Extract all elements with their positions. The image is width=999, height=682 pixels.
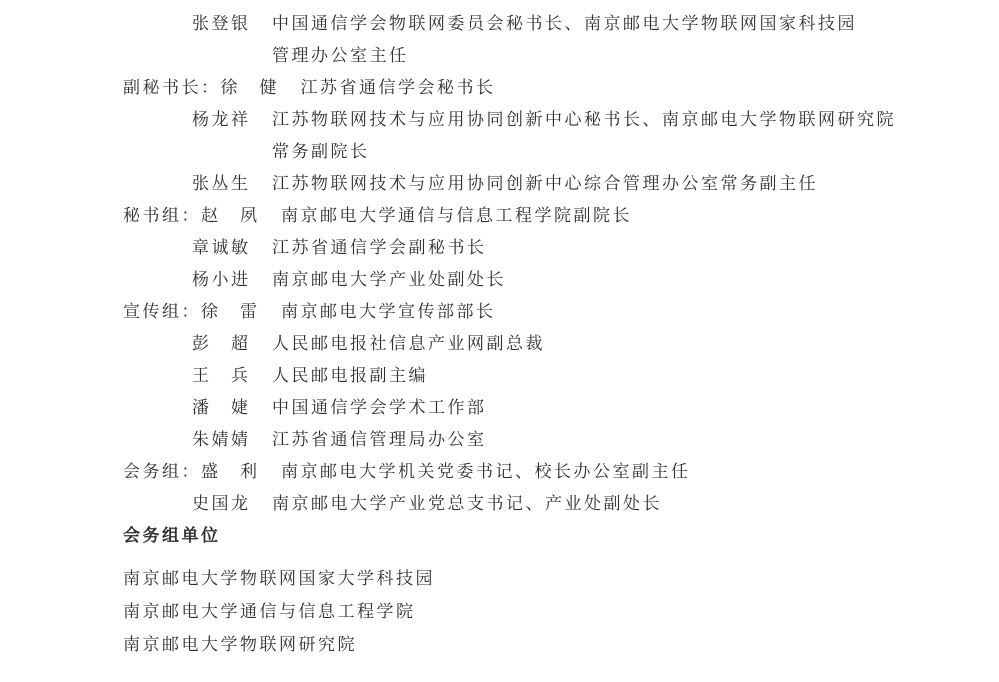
roster-row: 宣传组：徐 雷南京邮电大学宣传部部长 (123, 296, 939, 328)
person-name: 彭 超 (192, 328, 272, 360)
person-title: 江苏省通信学会秘书长 (301, 72, 940, 104)
roster-row: 杨小进南京邮电大学产业处副处长 (123, 264, 939, 296)
person-title: 南京邮电大学宣传部部长 (281, 296, 939, 328)
person-title: 南京邮电大学机关党委书记、校长办公室副主任 (281, 456, 939, 488)
person-title: 管理办公室主任 (272, 40, 939, 72)
roster-row: 王 兵人民邮电报副主编 (123, 360, 939, 392)
group-label: 秘书组： (123, 200, 201, 232)
person-title: 中国通信学会物联网委员会秘书长、南京邮电大学物联网国家科技园 (272, 8, 939, 40)
group-label: 宣传组： (123, 296, 201, 328)
person-name: 张登银 (192, 8, 272, 40)
roster-row: 会务组：盛 利南京邮电大学机关党委书记、校长办公室副主任 (123, 456, 939, 488)
person-name: 徐 健 (221, 72, 301, 104)
roster-row: 潘 婕中国通信学会学术工作部 (123, 392, 939, 424)
roster-row: 张登银中国通信学会物联网委员会秘书长、南京邮电大学物联网国家科技园管理办公室主任 (123, 8, 939, 72)
person-title-group: 江苏省通信学会秘书长 (301, 72, 940, 104)
person-title-group: 中国通信学会学术工作部 (272, 392, 939, 424)
person-title-group: 江苏物联网技术与应用协同创新中心秘书长、南京邮电大学物联网研究院常务副院长 (272, 104, 939, 168)
person-title-group: 南京邮电大学通信与信息工程学院副院长 (281, 200, 939, 232)
person-title-group: 南京邮电大学产业党总支书记、产业处副处长 (272, 488, 939, 520)
person-title: 江苏省通信学会副秘书长 (272, 232, 939, 264)
person-name: 潘 婕 (192, 392, 272, 424)
person-title-group: 人民邮电报副主编 (272, 360, 939, 392)
person-title-group: 南京邮电大学宣传部部长 (281, 296, 939, 328)
person-title: 江苏省通信管理局办公室 (272, 424, 939, 456)
person-title: 南京邮电大学产业党总支书记、产业处副处长 (272, 488, 939, 520)
person-name: 盛 利 (201, 456, 281, 488)
group-label: 副秘书长： (123, 72, 221, 104)
roster-row: 朱婧婧江苏省通信管理局办公室 (123, 424, 939, 456)
person-title: 江苏物联网技术与应用协同创新中心综合管理办公室常务副主任 (272, 168, 939, 200)
person-name: 杨小进 (192, 264, 272, 296)
person-name: 章诚敏 (192, 232, 272, 264)
person-title: 常务副院长 (272, 136, 939, 168)
person-title-group: 南京邮电大学产业处副处长 (272, 264, 939, 296)
person-title: 江苏物联网技术与应用协同创新中心秘书长、南京邮电大学物联网研究院 (272, 104, 939, 136)
person-title: 南京邮电大学产业处副处长 (272, 264, 939, 296)
person-title-group: 人民邮电报社信息产业网副总裁 (272, 328, 939, 360)
roster: 张登银中国通信学会物联网委员会秘书长、南京邮电大学物联网国家科技园管理办公室主任… (123, 8, 939, 520)
units-list: 南京邮电大学物联网国家大学科技园南京邮电大学通信与信息工程学院南京邮电大学物联网… (123, 562, 939, 661)
unit-item: 南京邮电大学物联网研究院 (123, 628, 939, 661)
person-title: 南京邮电大学通信与信息工程学院副院长 (281, 200, 939, 232)
roster-row: 副秘书长：徐 健江苏省通信学会秘书长 (123, 72, 939, 104)
person-name: 杨龙祥 (192, 104, 272, 136)
roster-row: 史国龙南京邮电大学产业党总支书记、产业处副处长 (123, 488, 939, 520)
person-title: 中国通信学会学术工作部 (272, 392, 939, 424)
person-name: 张丛生 (192, 168, 272, 200)
person-title-group: 江苏省通信学会副秘书长 (272, 232, 939, 264)
person-title: 人民邮电报社信息产业网副总裁 (272, 328, 939, 360)
person-title-group: 中国通信学会物联网委员会秘书长、南京邮电大学物联网国家科技园管理办公室主任 (272, 8, 939, 72)
roster-row: 杨龙祥江苏物联网技术与应用协同创新中心秘书长、南京邮电大学物联网研究院常务副院长 (123, 104, 939, 168)
unit-item: 南京邮电大学物联网国家大学科技园 (123, 562, 939, 595)
person-title-group: 江苏物联网技术与应用协同创新中心综合管理办公室常务副主任 (272, 168, 939, 200)
roster-row: 秘书组：赵 夙南京邮电大学通信与信息工程学院副院长 (123, 200, 939, 232)
person-name: 徐 雷 (201, 296, 281, 328)
person-name: 史国龙 (192, 488, 272, 520)
document-page: 张登银中国通信学会物联网委员会秘书长、南京邮电大学物联网国家科技园管理办公室主任… (0, 0, 999, 682)
group-label: 会务组： (123, 456, 201, 488)
roster-row: 张丛生江苏物联网技术与应用协同创新中心综合管理办公室常务副主任 (123, 168, 939, 200)
person-name: 赵 夙 (201, 200, 281, 232)
units-heading: 会务组单位 (123, 520, 939, 552)
person-name: 朱婧婧 (192, 424, 272, 456)
person-title-group: 南京邮电大学机关党委书记、校长办公室副主任 (281, 456, 939, 488)
roster-row: 章诚敏江苏省通信学会副秘书长 (123, 232, 939, 264)
person-title: 人民邮电报副主编 (272, 360, 939, 392)
unit-item: 南京邮电大学通信与信息工程学院 (123, 595, 939, 628)
roster-row: 彭 超人民邮电报社信息产业网副总裁 (123, 328, 939, 360)
person-title-group: 江苏省通信管理局办公室 (272, 424, 939, 456)
person-name: 王 兵 (192, 360, 272, 392)
